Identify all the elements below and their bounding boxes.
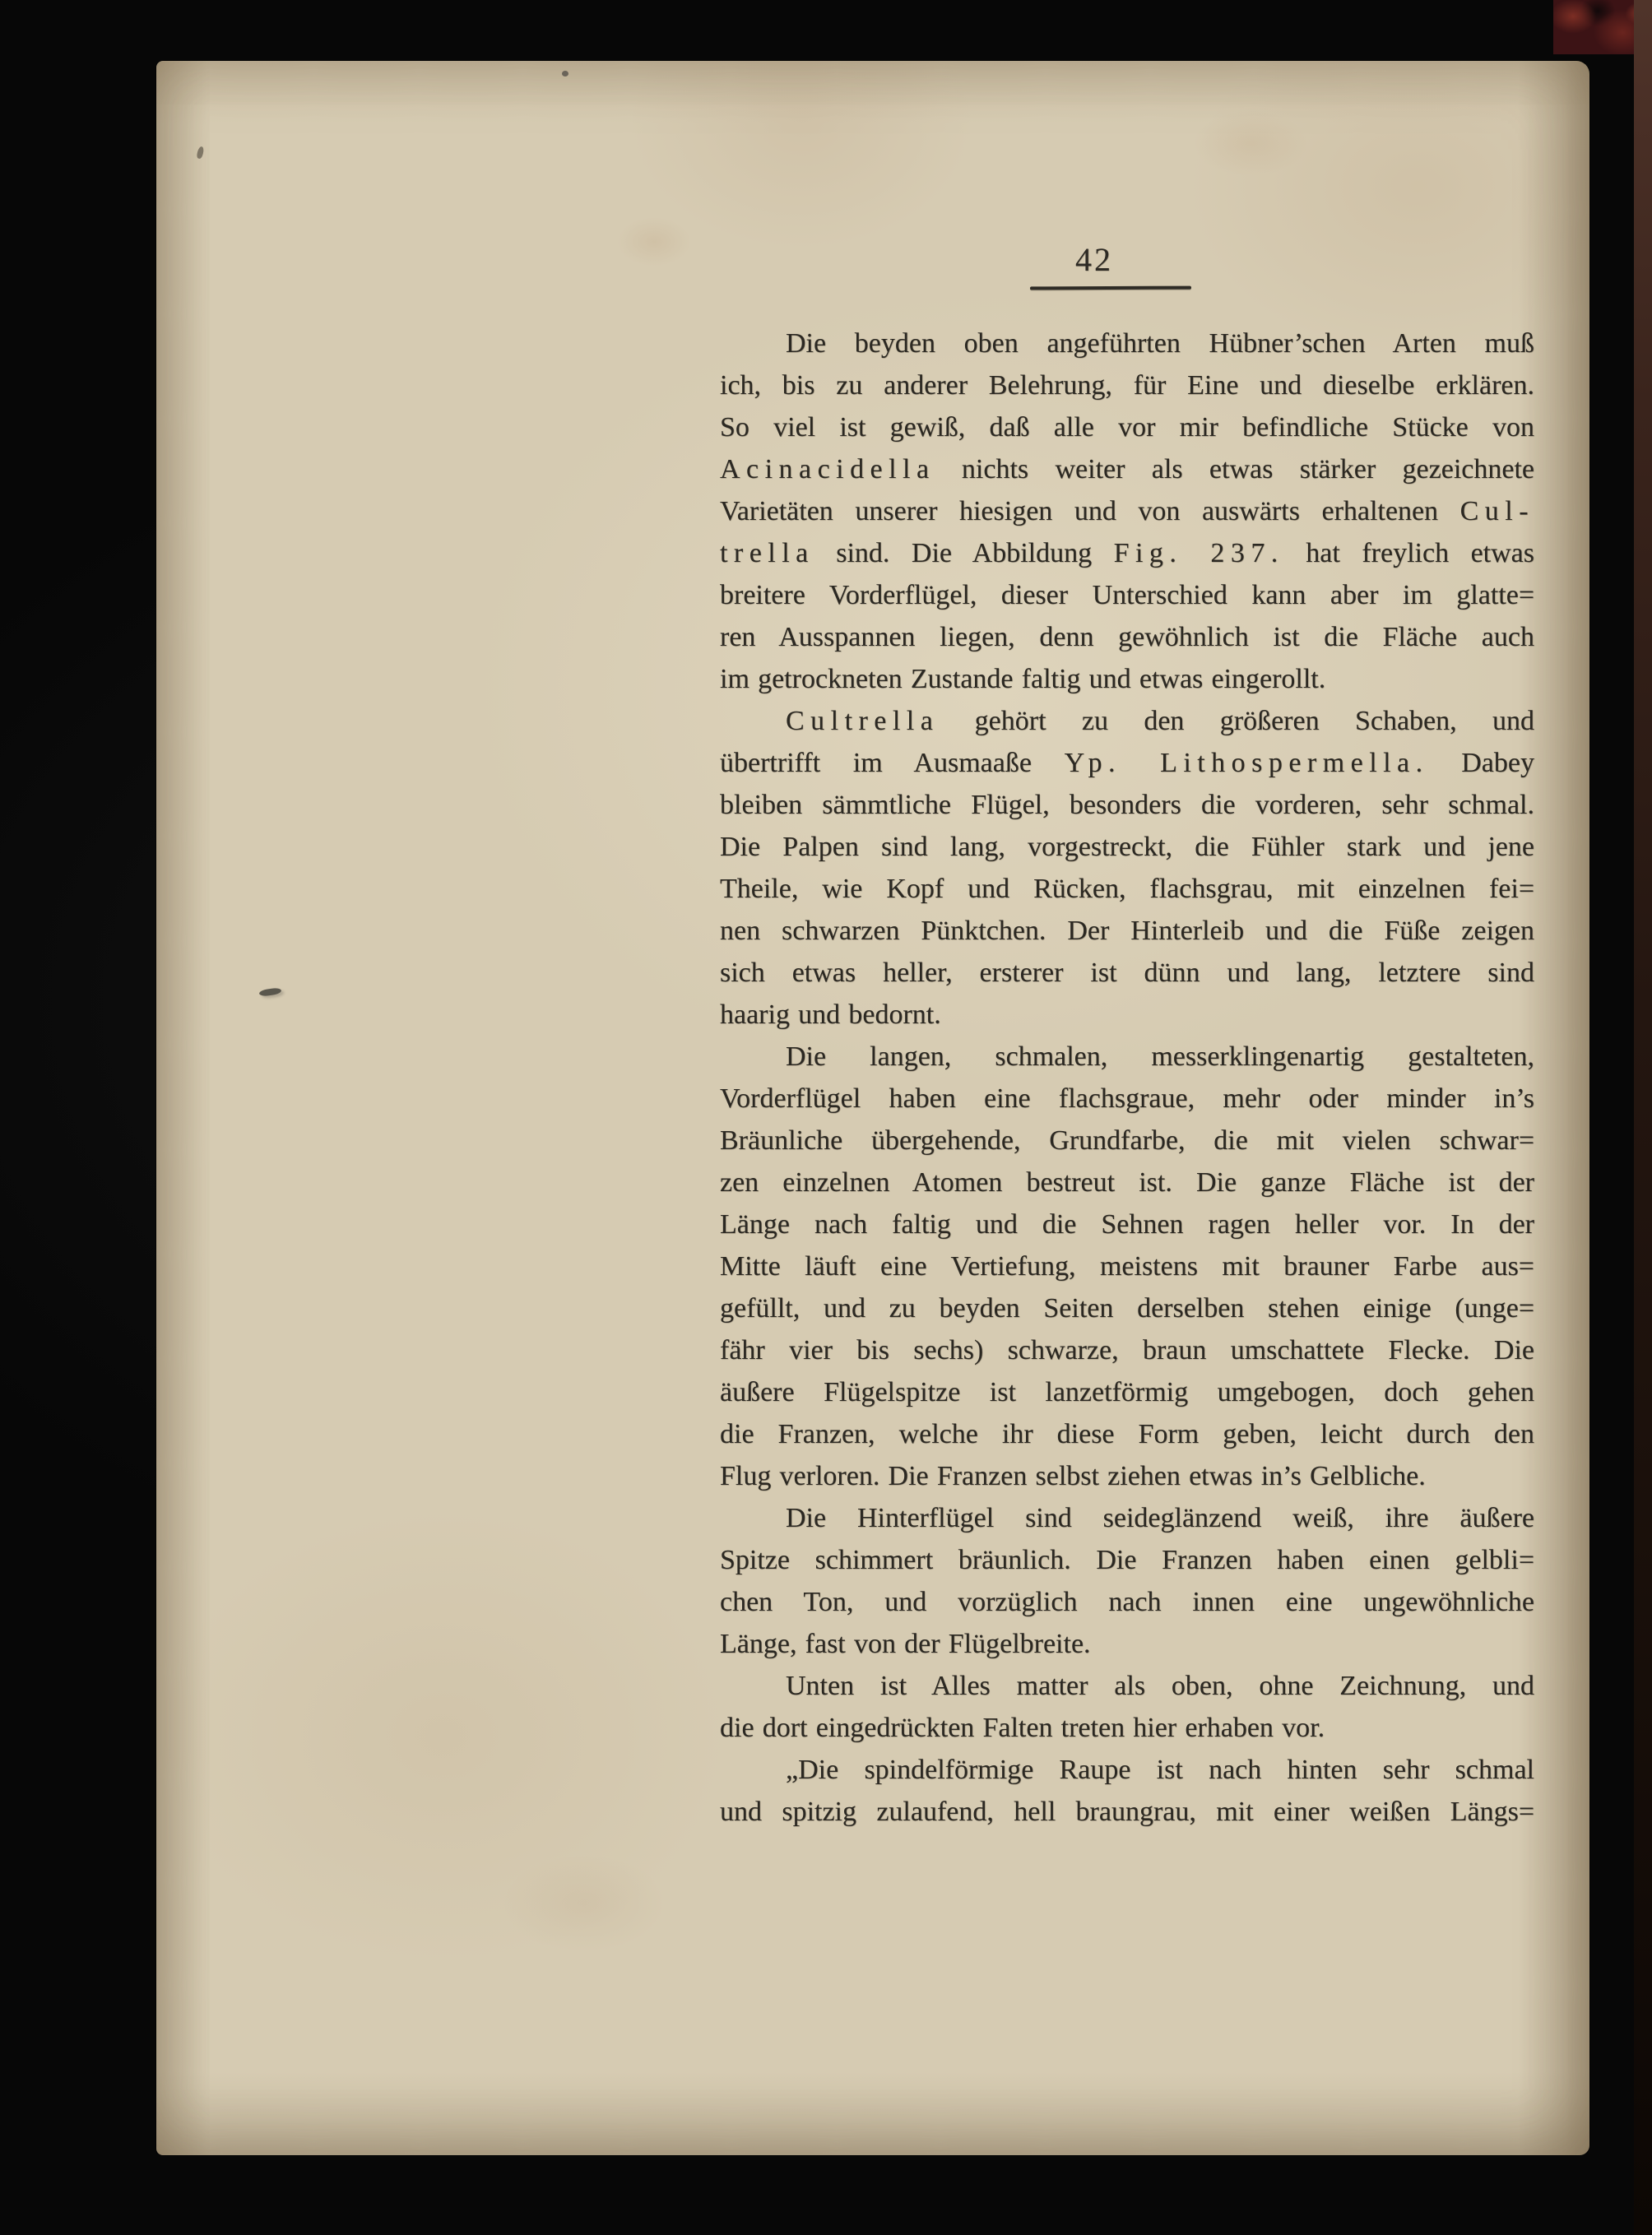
fraktur-text: und spitzig zulaufend, hell braungrau, m… [720, 1797, 1534, 1827]
fraktur-text: im getrockneten Zustande faltig und etwa… [720, 664, 1325, 694]
fraktur-text: Bräunliche übergehende, Grundfarbe, die … [720, 1125, 1534, 1156]
text-line: Theile, wie Kopf und Rücken, flachsgrau,… [720, 868, 1534, 910]
fraktur-text: Theile, wie Kopf und Rücken, flachsgrau,… [720, 874, 1534, 904]
fraktur-text: gefüllt, und zu beyden Seiten derselben … [720, 1293, 1534, 1324]
book-page: 42 Die beyden oben angeführten Hübner’sc… [156, 61, 1589, 2155]
fraktur-text: Spitze schimmert bräunlich. Die Franzen … [720, 1545, 1534, 1575]
text-line: „Die spindelförmige Raupe ist nach hinte… [720, 1749, 1534, 1791]
text-line: die dort eingedrückten Falten treten hie… [720, 1707, 1534, 1749]
text-line: So viel ist gewiß, daß alle vor mir befi… [720, 406, 1534, 448]
fraktur-text: haarig und bedornt. [720, 999, 941, 1030]
fraktur-text: ich, bis zu anderer Belehrung, für Eine … [720, 370, 1534, 401]
text-line: haarig und bedornt. [720, 994, 1534, 1036]
latin-species-name: Fig. 237. [1114, 538, 1284, 568]
text-line: und spitzig zulaufend, hell braungrau, m… [720, 1791, 1534, 1833]
fraktur-text: breitere Vorderflügel, dieser Unterschie… [720, 580, 1534, 610]
fraktur-text: sind. Die Abbildung [814, 538, 1114, 568]
ink-speck [562, 71, 568, 77]
fraktur-text: „Die spindelförmige Raupe ist nach hinte… [786, 1755, 1534, 1785]
text-line: Acinacidella nichts weiter als etwas stä… [720, 448, 1534, 490]
fraktur-text: Die Hinterflügel sind seideglänzend weiß… [786, 1503, 1534, 1533]
fraktur-text: chen Ton, und vorzüglich nach innen eine… [720, 1587, 1534, 1617]
fraktur-text: hat freylich etwas [1284, 538, 1534, 568]
text-line: chen Ton, und vorzüglich nach innen eine… [720, 1581, 1534, 1623]
text-line: bleiben sämmtliche Flügel, besonders die… [720, 784, 1534, 826]
scanned-book-spread: { "colors": { "paper": "#d6cbb2", "ink":… [0, 0, 1652, 2235]
fraktur-text: Unten ist Alles matter als oben, ohne Ze… [786, 1671, 1534, 1701]
text-line: die Franzen, welche ihr diese Form geben… [720, 1413, 1534, 1455]
text-line: trella sind. Die Abbildung Fig. 237. hat… [720, 532, 1534, 574]
text-line: Flug verloren. Die Franzen selbst ziehen… [720, 1455, 1534, 1497]
paper-stain [502, 1854, 666, 1953]
page-text: Die beyden oben angeführten Hübner’schen… [720, 322, 1534, 1833]
fraktur-text: sich etwas heller, ersterer ist dünn und… [720, 958, 1534, 988]
text-line: äußere Flügelspitze ist lanzetförmig umg… [720, 1371, 1534, 1413]
fraktur-text: die Franzen, welche ihr diese Form geben… [720, 1419, 1534, 1449]
latin-species-name: Cul- [1460, 496, 1534, 526]
text-line: breitere Vorderflügel, dieser Unterschie… [720, 574, 1534, 616]
text-line: Varietäten unserer hiesigen und von ausw… [720, 490, 1534, 532]
fraktur-text: Flug verloren. Die Franzen selbst ziehen… [720, 1461, 1426, 1491]
fraktur-text: zen einzelnen Atomen bestreut ist. Die g… [720, 1167, 1534, 1198]
page-number: 42 [1010, 240, 1178, 279]
text-line: Die beyden oben angeführten Hübner’schen… [720, 322, 1534, 364]
text-line: nen schwarzen Pünktchen. Der Hinterleib … [720, 910, 1534, 952]
latin-species-name: Cultrella [786, 706, 939, 736]
fraktur-text: übertrifft im Ausmaaße [720, 748, 1065, 778]
text-line: sich etwas heller, ersterer ist dünn und… [720, 952, 1534, 994]
text-line: ich, bis zu anderer Belehrung, für Eine … [720, 364, 1534, 406]
fraktur-text: Die langen, schmalen, messerklingenartig… [786, 1041, 1534, 1072]
text-line: Die Hinterflügel sind seideglänzend weiß… [720, 1497, 1534, 1539]
fraktur-text: Vorderflügel haben eine flachsgraue, meh… [720, 1083, 1534, 1114]
text-line: Spitze schimmert bräunlich. Die Franzen … [720, 1539, 1534, 1581]
text-line: ren Ausspannen liegen, denn gewöhnlich i… [720, 616, 1534, 658]
fraktur-text: Dabey [1429, 748, 1534, 778]
text-line: zen einzelnen Atomen bestreut ist. Die g… [720, 1162, 1534, 1203]
fraktur-text: bleiben sämmtliche Flügel, besonders die… [720, 790, 1534, 820]
latin-species-name: Acinacidella [720, 454, 935, 485]
text-line: Mitte läuft eine Vertiefung, meistens mi… [720, 1245, 1534, 1287]
fraktur-text: Mitte läuft eine Vertiefung, meistens mi… [720, 1251, 1534, 1282]
fraktur-text: äußere Flügelspitze ist lanzetförmig umg… [720, 1377, 1534, 1407]
text-line: Länge nach faltig und die Sehnen ragen h… [720, 1203, 1534, 1245]
text-line: übertrifft im Ausmaaße Yp. Lithospermell… [720, 742, 1534, 784]
text-line: Länge, fast von der Flügelbreite. [720, 1623, 1534, 1665]
text-line: Cultrella gehört zu den größeren Schaben… [720, 700, 1534, 742]
paper-stain [1193, 110, 1308, 176]
fraktur-text: gehört zu den größeren Schaben, und [939, 706, 1534, 736]
text-line: im getrockneten Zustande faltig und etwa… [720, 658, 1534, 700]
page-number-rule [1030, 286, 1191, 290]
fraktur-text: So viel ist gewiß, daß alle vor mir befi… [720, 412, 1534, 443]
latin-species-name: trella [720, 538, 814, 568]
fraktur-text: die dort eingedrückten Falten treten hie… [720, 1713, 1325, 1743]
text-line: fähr vier bis sechs) schwarze, braun ums… [720, 1329, 1534, 1371]
book-fore-edge [1634, 0, 1652, 2235]
text-line: Die Palpen sind lang, vorgestreckt, die … [720, 826, 1534, 868]
text-line: Unten ist Alles matter als oben, ohne Ze… [720, 1665, 1534, 1707]
fraktur-text: Länge, fast von der Flügelbreite. [720, 1629, 1091, 1659]
fraktur-text: nen schwarzen Pünktchen. Der Hinterleib … [720, 916, 1534, 946]
text-line: Die langen, schmalen, messerklingenartig… [720, 1036, 1534, 1078]
fraktur-text: Länge nach faltig und die Sehnen ragen h… [720, 1209, 1534, 1240]
margin-mark [196, 146, 204, 159]
fraktur-text: fähr vier bis sechs) schwarze, braun ums… [720, 1335, 1534, 1366]
fraktur-text: nichts weiter als etwas stärker gezeichn… [935, 454, 1534, 485]
text-line: Vorderflügel haben eine flachsgraue, meh… [720, 1078, 1534, 1120]
paper-stain [617, 217, 691, 267]
text-line: gefüllt, und zu beyden Seiten derselben … [720, 1287, 1534, 1329]
fraktur-text: Die Palpen sind lang, vorgestreckt, die … [720, 832, 1534, 862]
text-line: Bräunliche übergehende, Grundfarbe, die … [720, 1120, 1534, 1162]
fraktur-text: ren Ausspannen liegen, denn gewöhnlich i… [720, 622, 1534, 652]
fraktur-text: Varietäten unserer hiesigen und von ausw… [720, 496, 1460, 526]
ink-smudge [259, 987, 282, 997]
fraktur-text: Die beyden oben angeführten Hübner’schen… [786, 328, 1534, 359]
latin-species-name: Yp. Lithospermella. [1065, 748, 1429, 778]
